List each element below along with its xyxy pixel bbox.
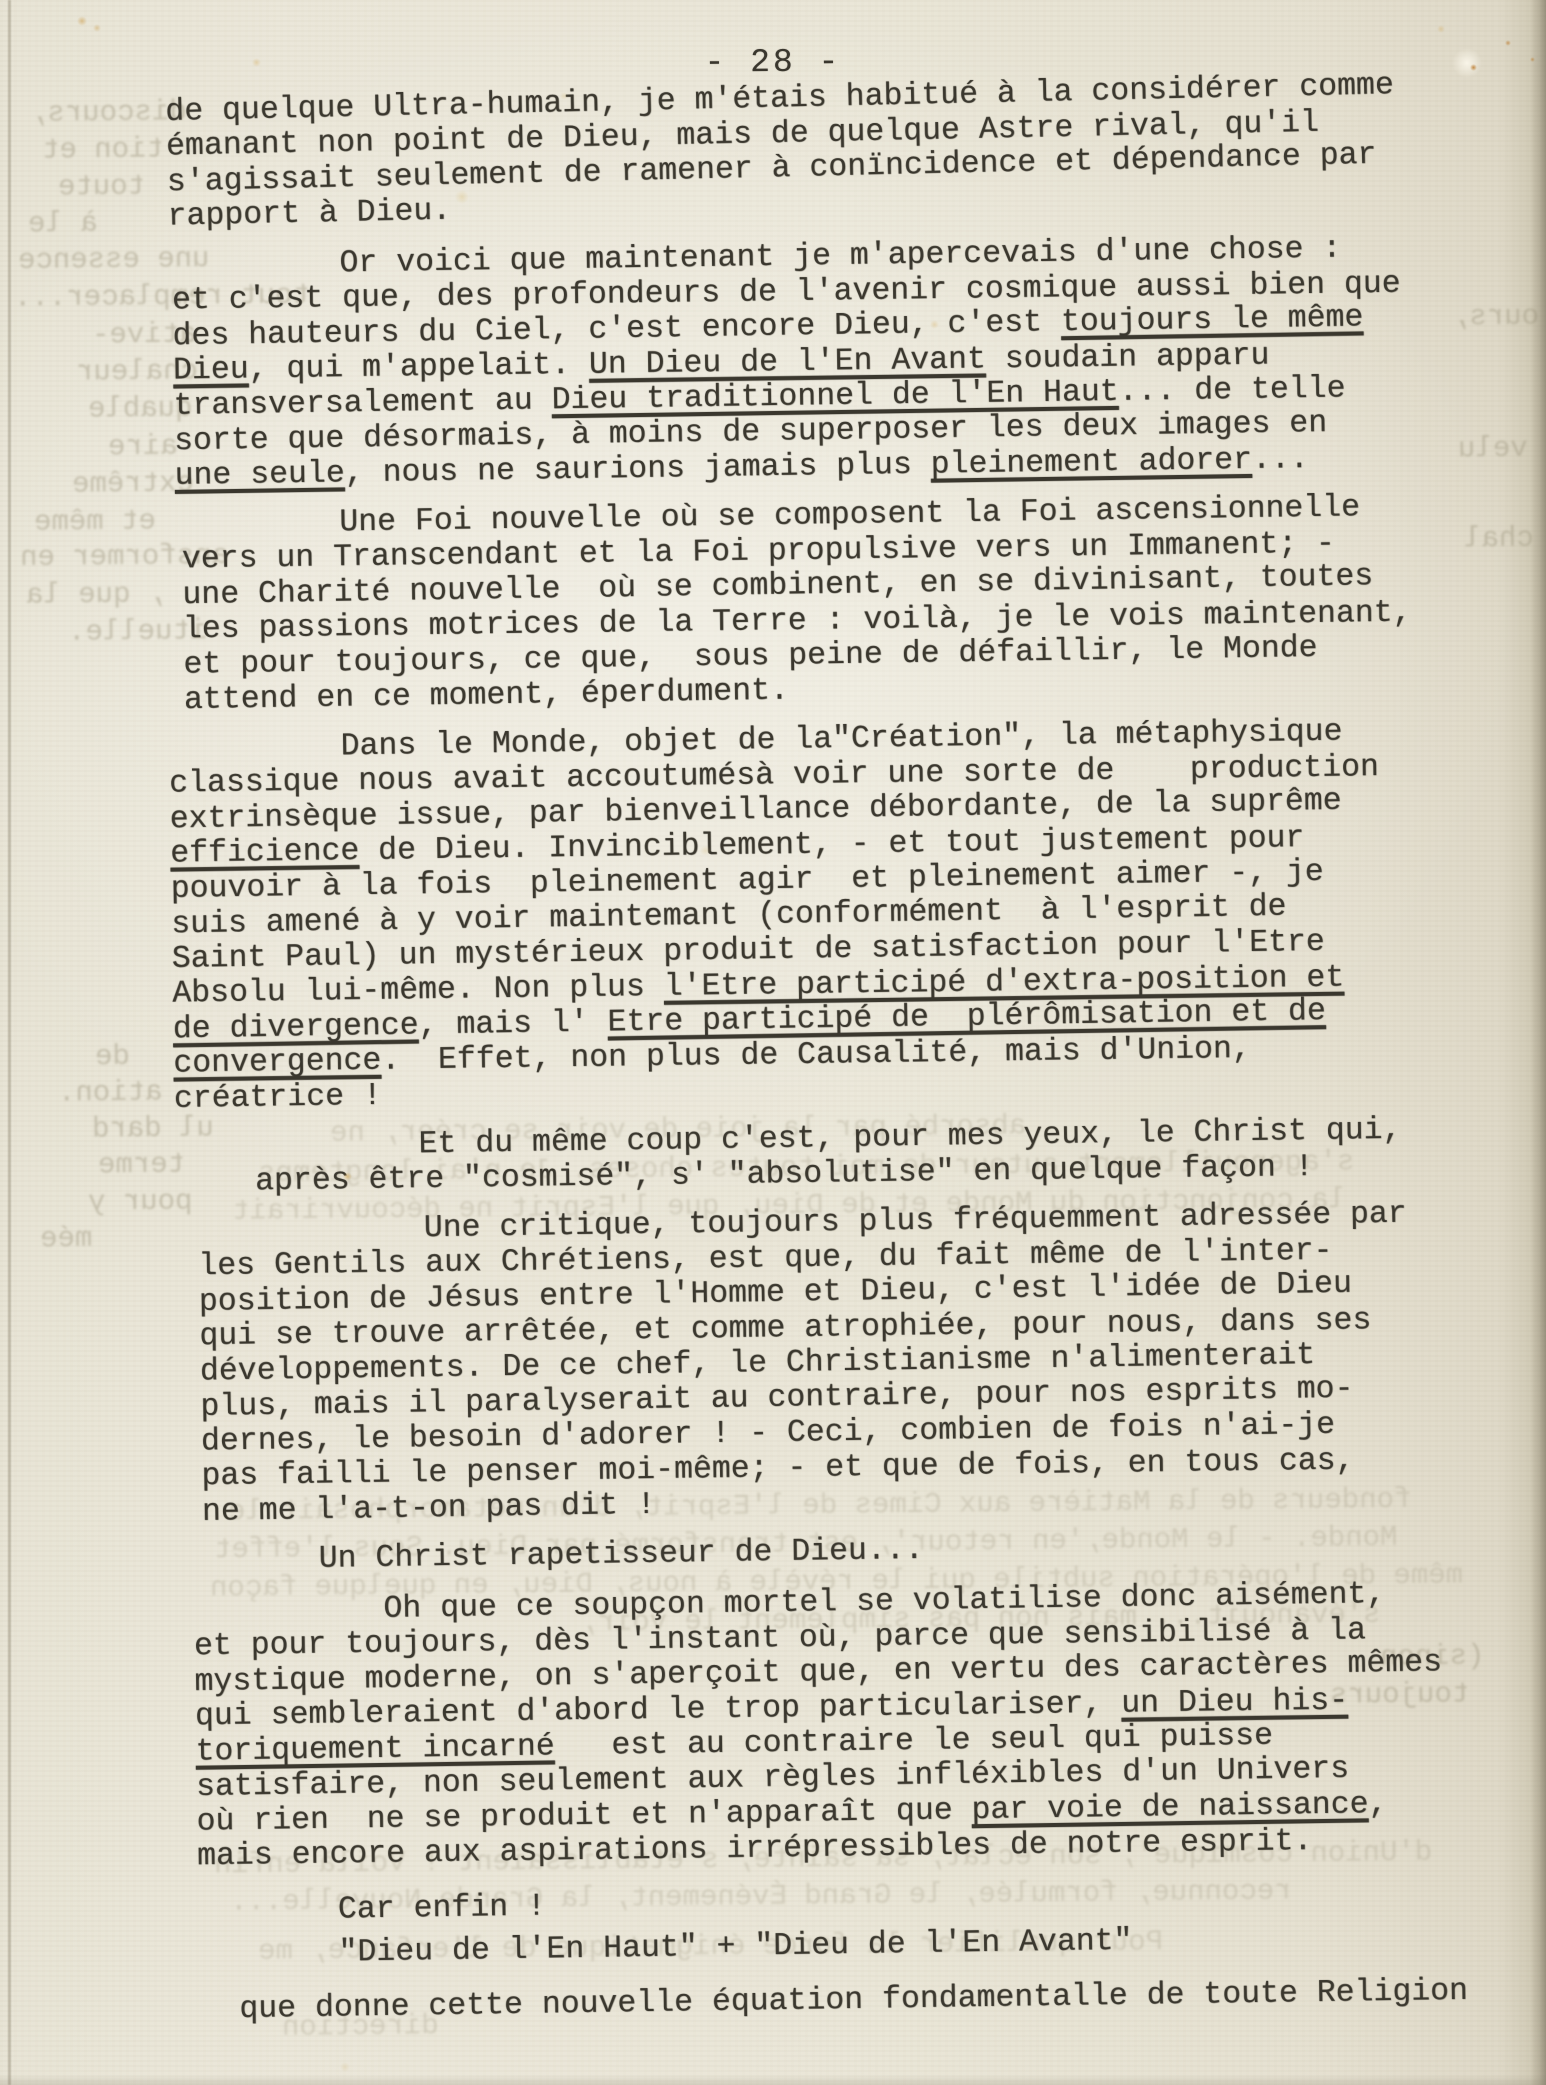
underlined-phrase: toujours le même — [1061, 300, 1364, 340]
ghost-text: mée — [40, 1222, 93, 1256]
page-bottom-edge — [0, 2075, 1546, 2085]
text-segment: ... — [1252, 442, 1309, 478]
ghost-text: à le — [28, 207, 98, 241]
text-segment: transversalement au — [173, 383, 552, 424]
underlined-phrase: Dieu — [173, 352, 249, 388]
text-segment: , qui m'appelait. — [248, 348, 589, 388]
text-segment: Car enfin ! — [338, 1890, 546, 1928]
ghost-text: de — [95, 1040, 130, 1073]
text-segment: Un Christ rapetisseur de Dieu... — [318, 1533, 923, 1577]
text-segment: créatrice ! — [174, 1079, 382, 1117]
underlined-phrase: une seule — [174, 456, 345, 494]
ghost-text: aire — [108, 430, 178, 464]
paragraph: que donne cette nouvelle équation fondam… — [239, 1973, 1538, 2027]
text-block: de quelque Ultra-humain, je m'étais habi… — [165, 75, 1539, 2042]
paragraph: Et du même coup c'est, pour mes yeux, le… — [254, 1111, 1526, 1200]
ghost-text: , que la — [26, 577, 166, 611]
ghost-text: pour y — [88, 1184, 193, 1218]
text-segment: , mais l' — [418, 1005, 608, 1043]
text-segment: "Dieu de l'En Haut" + "Dieu de l'En Avan… — [338, 1924, 1132, 1971]
ghost-text: terme — [98, 1148, 185, 1182]
text-segment: soudain apparu — [986, 339, 1270, 378]
underlined-phrase: toriquement incarné — [195, 1729, 555, 1769]
ghost-text: tion et — [42, 132, 164, 166]
ghost-text: ation. — [58, 1075, 163, 1109]
ghost-text: toute — [58, 170, 145, 204]
text-segment: rapport à Dieu. — [167, 194, 451, 235]
text-segment: ... de telle — [1118, 372, 1345, 410]
paragraph: de quelque Ultra-humain, je m'étais habi… — [165, 66, 1513, 235]
text-segment: , — [1368, 1787, 1387, 1822]
page-left-edge — [8, 0, 11, 2085]
paragraph: Or voici que maintenant je m'apercevais … — [171, 229, 1515, 494]
paper-stain — [340, 2062, 350, 2072]
paper-stain — [93, 24, 101, 32]
ghost-text: discours, — [30, 95, 187, 130]
underlined-phrase: pleinement adorer — [930, 443, 1252, 483]
text-segment: que donne cette nouvelle équation fondam… — [239, 1974, 1468, 2027]
paper-stain — [1437, 25, 1445, 33]
paper-stain — [77, 16, 87, 26]
paragraph: Une Foi nouvelle où se composent la Foi … — [181, 488, 1519, 718]
underlined-phrase: un Dieu his- — [1121, 1684, 1348, 1722]
paragraph: Un Christ rapetisseur de Dieu... — [202, 1524, 1531, 1579]
text-line: Un Christ rapetisseur de Dieu... — [202, 1524, 1531, 1579]
paragraph: Une critique, toujours plus fréquemment … — [198, 1195, 1532, 1530]
text-line: que donne cette nouvelle équation fondam… — [239, 1973, 1538, 2027]
underlined-phrase: convergence — [173, 1044, 381, 1082]
paragraph: Dans le Monde, objet de la"Création", la… — [168, 712, 1525, 1117]
underlined-phrase: de divergence — [173, 1008, 419, 1047]
underlined-phrase: efficience — [170, 834, 359, 872]
text-segment: ne me l'a-t-on pas dit ! — [202, 1488, 656, 1530]
page-right-edge — [1530, 0, 1546, 2085]
ghost-text: et même — [34, 504, 156, 538]
paragraph: Oh que ce soupçon mortel se volatilise d… — [193, 1575, 1536, 1875]
underlined-phrase: par voie de naissance — [971, 1787, 1368, 1828]
scanned-typescript-page: discours,tion ettouteà leune essencetout… — [0, 0, 1546, 2085]
underlined-phrase: Un Dieu de l'En Avant — [589, 342, 986, 382]
